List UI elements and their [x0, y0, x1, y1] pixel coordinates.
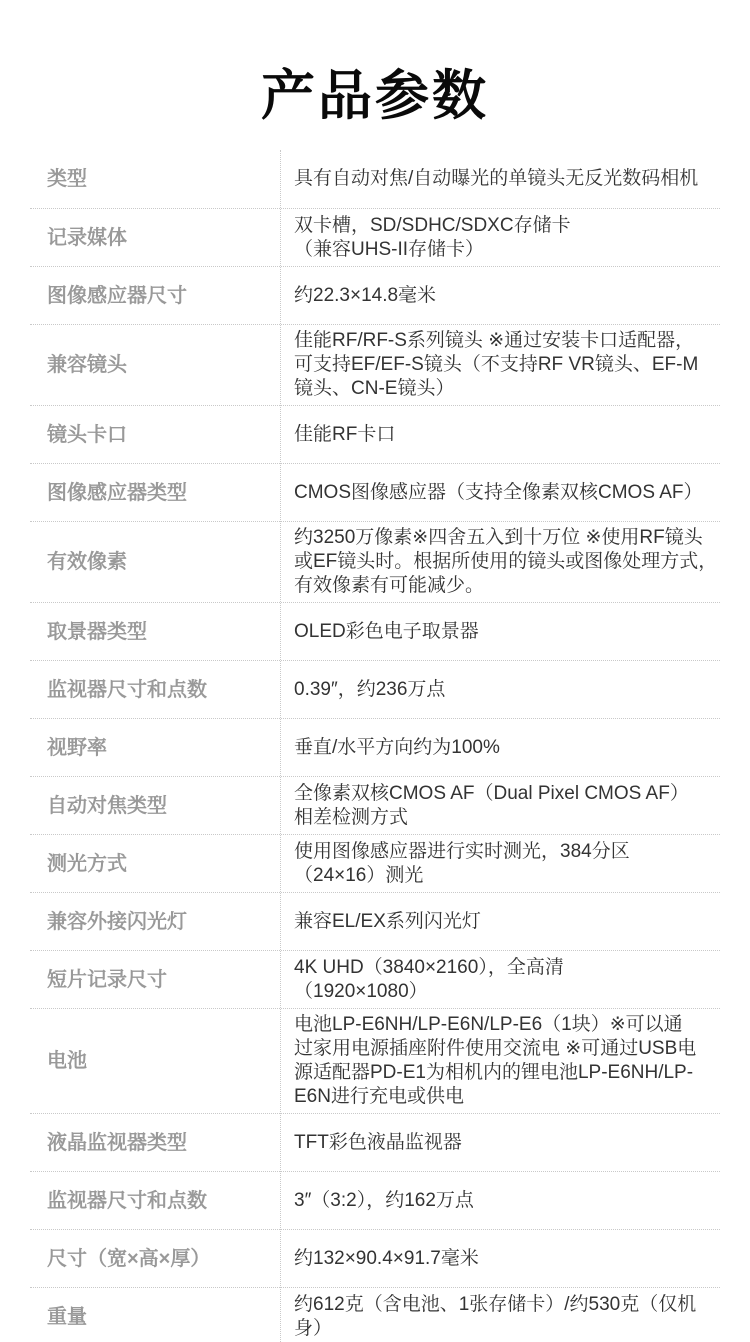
spec-row: 类型 具有自动对焦/自动曝光的单镜头无反光数码相机 — [30, 150, 720, 208]
spec-row: 电池 电池LP-E6NH/LP-E6N/LP-E6（1块）※可以通 过家用电源插… — [30, 1008, 720, 1113]
spec-row: 兼容镜头 佳能RF/RF-S系列镜头 ※通过安装卡口适配器， 可支持EF/EF-… — [30, 324, 720, 405]
spec-value: 约3250万像素※四舍五入到十万位 ※使用RF镜头 或EF镜头时。根据所使用的镜… — [280, 526, 720, 598]
spec-row: 测光方式 使用图像感应器进行实时测光，384分区 （24×16）测光 — [30, 834, 720, 892]
spec-label: 图像感应器尺寸 — [30, 283, 280, 309]
spec-value: 约22.3×14.8毫米 — [280, 284, 720, 308]
spec-label: 记录媒体 — [30, 225, 280, 251]
spec-value: 约612克（含电池、1张存储卡）/约530克（仅机 身） — [280, 1293, 720, 1341]
spec-value: 0.39″，约236万点 — [280, 678, 720, 702]
spec-label: 电池 — [30, 1048, 280, 1074]
spec-value: 垂直/水平方向约为100% — [280, 736, 720, 760]
page-title: 产品参数 — [0, 58, 750, 134]
spec-table: 类型 具有自动对焦/自动曝光的单镜头无反光数码相机 记录媒体 双卡槽，SD/SD… — [30, 150, 720, 1342]
spec-label: 有效像素 — [30, 549, 280, 575]
spec-label: 图像感应器类型 — [30, 480, 280, 506]
spec-value: CMOS图像感应器（支持全像素双核CMOS AF） — [280, 481, 720, 505]
spec-row: 镜头卡口 佳能RF卡口 — [30, 405, 720, 463]
spec-row: 取景器类型 OLED彩色电子取景器 — [30, 602, 720, 660]
spec-row: 有效像素 约3250万像素※四舍五入到十万位 ※使用RF镜头 或EF镜头时。根据… — [30, 521, 720, 602]
spec-label: 尺寸（宽×高×厚） — [30, 1246, 280, 1272]
spec-label: 重量 — [30, 1304, 280, 1330]
spec-label: 监视器尺寸和点数 — [30, 1188, 280, 1214]
spec-value: 具有自动对焦/自动曝光的单镜头无反光数码相机 — [280, 167, 720, 191]
spec-row: 兼容外接闪光灯 兼容EL/EX系列闪光灯 — [30, 892, 720, 950]
spec-value: 佳能RF/RF-S系列镜头 ※通过安装卡口适配器， 可支持EF/EF-S镜头（不… — [280, 329, 720, 401]
spec-label: 兼容外接闪光灯 — [30, 909, 280, 935]
spec-row: 液晶监视器类型 TFT彩色液晶监视器 — [30, 1113, 720, 1171]
spec-label: 取景器类型 — [30, 619, 280, 645]
spec-label: 镜头卡口 — [30, 422, 280, 448]
spec-value: TFT彩色液晶监视器 — [280, 1131, 720, 1155]
spec-row: 监视器尺寸和点数 0.39″，约236万点 — [30, 660, 720, 718]
spec-row: 短片记录尺寸 4K UHD（3840×2160），全高清 （1920×1080） — [30, 950, 720, 1008]
spec-row: 视野率 垂直/水平方向约为100% — [30, 718, 720, 776]
spec-value: 电池LP-E6NH/LP-E6N/LP-E6（1块）※可以通 过家用电源插座附件… — [280, 1013, 720, 1109]
spec-label: 兼容镜头 — [30, 352, 280, 378]
spec-value: 3″（3:2），约162万点 — [280, 1189, 720, 1213]
spec-label: 测光方式 — [30, 851, 280, 877]
spec-row: 尺寸（宽×高×厚） 约132×90.4×91.7毫米 — [30, 1229, 720, 1287]
spec-label: 液晶监视器类型 — [30, 1130, 280, 1156]
spec-value: 4K UHD（3840×2160），全高清 （1920×1080） — [280, 956, 720, 1004]
spec-value: 约132×90.4×91.7毫米 — [280, 1247, 720, 1271]
spec-value: 双卡槽，SD/SDHC/SDXC存储卡 （兼容UHS-II存储卡） — [280, 214, 720, 262]
spec-row: 自动对焦类型 全像素双核CMOS AF（Dual Pixel CMOS AF） … — [30, 776, 720, 834]
spec-value: 兼容EL/EX系列闪光灯 — [280, 910, 720, 934]
spec-value: OLED彩色电子取景器 — [280, 620, 720, 644]
spec-value: 全像素双核CMOS AF（Dual Pixel CMOS AF） 相差检测方式 — [280, 782, 720, 830]
spec-label: 短片记录尺寸 — [30, 967, 280, 993]
spec-row: 图像感应器尺寸 约22.3×14.8毫米 — [30, 266, 720, 324]
column-divider-line — [280, 150, 281, 1342]
spec-row: 图像感应器类型 CMOS图像感应器（支持全像素双核CMOS AF） — [30, 463, 720, 521]
spec-value: 佳能RF卡口 — [280, 423, 720, 447]
spec-value: 使用图像感应器进行实时测光，384分区 （24×16）测光 — [280, 840, 720, 888]
spec-row: 监视器尺寸和点数 3″（3:2），约162万点 — [30, 1171, 720, 1229]
spec-label: 类型 — [30, 166, 280, 192]
spec-label: 监视器尺寸和点数 — [30, 677, 280, 703]
spec-label: 视野率 — [30, 735, 280, 761]
spec-label: 自动对焦类型 — [30, 793, 280, 819]
spec-row: 重量 约612克（含电池、1张存储卡）/约530克（仅机 身） — [30, 1287, 720, 1342]
spec-row: 记录媒体 双卡槽，SD/SDHC/SDXC存储卡 （兼容UHS-II存储卡） — [30, 208, 720, 266]
